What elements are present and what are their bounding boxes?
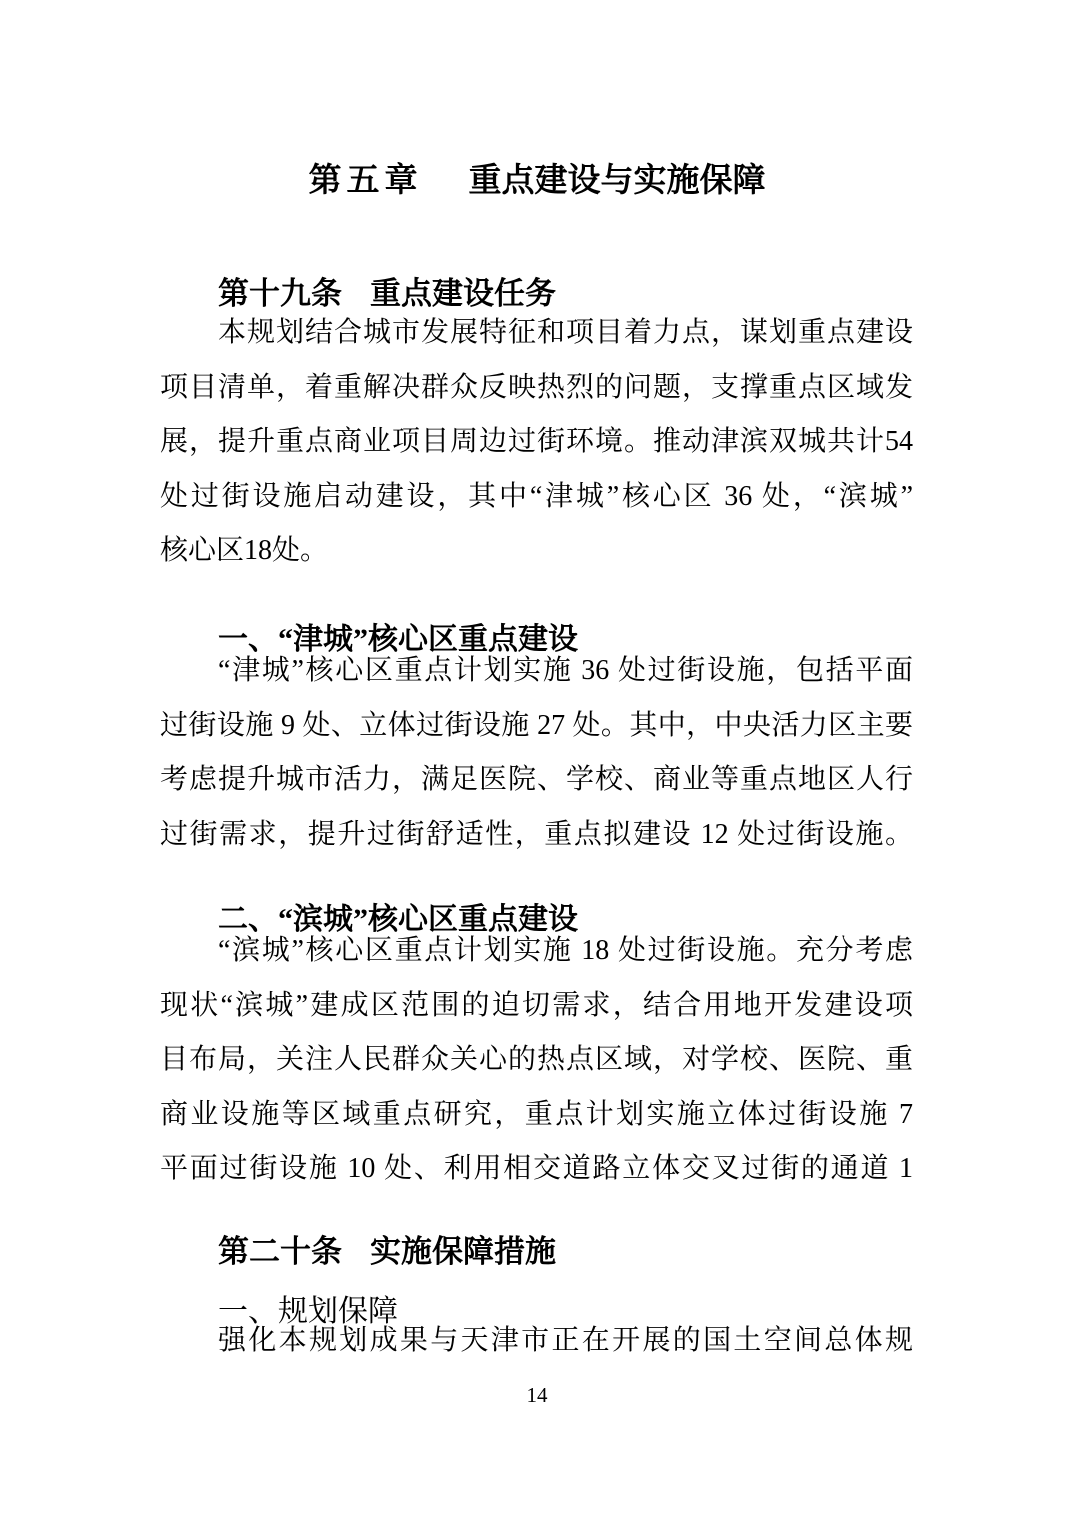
paragraph-line: 核心区18处。	[160, 524, 913, 579]
intro-paragraph: 本规划结合城市发展特征和项目着力点，谋划重点建设 项目清单，着重解决群众反映热烈…	[160, 306, 913, 579]
jincheng-paragraph: “津城”核心区重点计划实施 36 处过街设施，包括平面 过街设施 9 处、立体过…	[160, 644, 913, 862]
paragraph-line: 展，提升重点商业项目周边过街环境。推动津滨双城共计54	[160, 415, 913, 470]
paragraph-line: “滨城”核心区重点计划实施 18 处过街设施。充分考虑	[160, 924, 913, 979]
paragraph-line: “津城”核心区重点计划实施 36 处过街设施，包括平面	[160, 644, 913, 699]
paragraph-line: 目布局，关注人民群众关心的热点区域，对学校、医院、重要	[160, 1033, 913, 1088]
document-page: 第五章重点建设与实施保障 第十九条重点建设任务 本规划结合城市发展特征和项目着力…	[0, 0, 1074, 1520]
chapter-title: 第五章重点建设与实施保障	[0, 158, 1074, 202]
paragraph-line: 强化本规划成果与天津市正在开展的国土空间总体规	[160, 1314, 913, 1369]
paragraph-line: 处过街设施启动建设，其中“津城”核心区 36 处，“滨城”	[160, 470, 913, 525]
paragraph-line: 过街设施 9 处、立体过街设施 27 处。其中，中央活力区主要	[160, 699, 913, 754]
bincheng-paragraph: “滨城”核心区重点计划实施 18 处过街设施。充分考虑 现状“滨城”建成区范围的…	[160, 924, 913, 1197]
chapter-title-text: 重点建设与实施保障	[469, 161, 766, 198]
article-20-number: 第二十条	[218, 1234, 342, 1269]
paragraph-line: 商业设施等区域重点研究，重点计划实施立体过街设施 7 处、	[160, 1088, 913, 1143]
paragraph-line: 过街需求，提升过街舒适性，重点拟建设 12 处过街设施。	[160, 808, 913, 863]
chapter-number: 第五章	[309, 161, 423, 198]
paragraph-line: 考虑提升城市活力，满足医院、学校、商业等重点地区人行	[160, 753, 913, 808]
paragraph-line: 现状“滨城”建成区范围的迫切需求，结合用地开发建设项	[160, 979, 913, 1034]
paragraph-line: 本规划结合城市发展特征和项目着力点，谋划重点建设	[160, 306, 913, 361]
planning-guarantee-paragraph: 强化本规划成果与天津市正在开展的国土空间总体规	[160, 1314, 913, 1369]
paragraph-line: 项目清单，着重解决群众反映热烈的问题，支撑重点区域发	[160, 361, 913, 416]
article-20-title-text: 实施保障措施	[370, 1234, 556, 1269]
paragraph-line: 平面过街设施 10 处、利用相交道路立体交叉过街的通道 1 处。	[160, 1142, 913, 1197]
page-number: 14	[0, 1382, 1074, 1408]
article-heading-20: 第二十条实施保障措施	[218, 1232, 556, 1272]
